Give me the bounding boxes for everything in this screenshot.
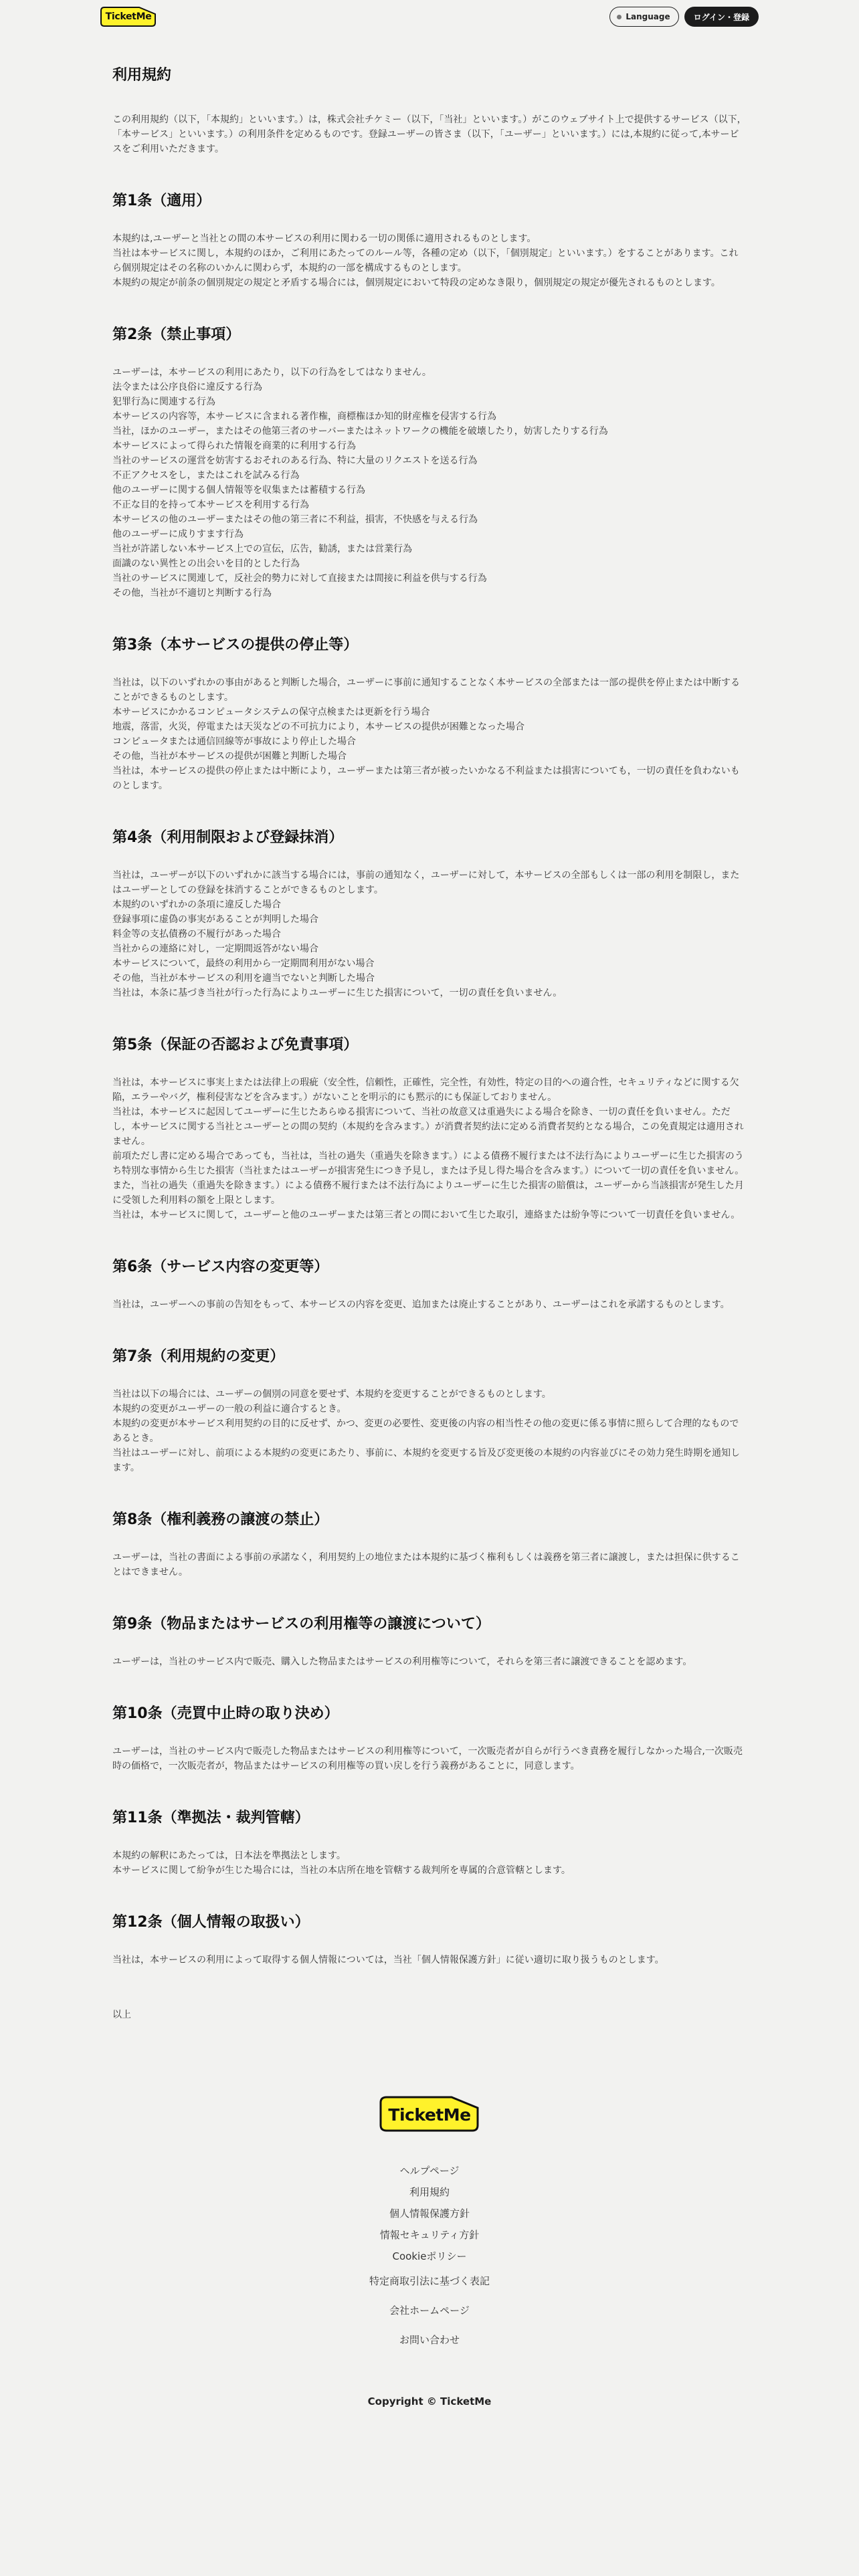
logo-text: TicketMe: [100, 7, 157, 27]
article-paragraph: 他のユーザーに成りすます行為: [112, 527, 747, 542]
article-paragraph: 犯罪行為に関連する行為: [112, 395, 747, 409]
globe-icon: [617, 15, 622, 19]
article-paragraph: 本サービスによって得られた情報を商業的に利用する行為: [112, 439, 747, 453]
article-paragraph: 本規約の解釈にあたっては，日本法を準拠法とします。: [112, 1848, 747, 1863]
article-paragraph: 当社は以下の場合には、ユーザーの個別の同意を要せず、本規約を変更することができる…: [112, 1387, 747, 1402]
article-paragraph: 当社は，本サービスの利用によって取得する個人情報については，当社「個人情報保護方…: [112, 1953, 747, 1967]
site-footer: TicketMe ヘルプページ 利用規約 個人情報保護方針 情報セキュリティ方針…: [0, 2096, 859, 2407]
article-paragraph: 登録事項に虚偽の事実があることが判明した場合: [112, 912, 747, 927]
article-paragraph: 本サービスの内容等，本サービスに含まれる著作権，商標権ほか知的財産権を侵害する行…: [112, 409, 747, 424]
article-paragraph: 本サービスについて，最終の利用から一定期間利用がない場合: [112, 956, 747, 971]
article-paragraph: 当社は，本サービスに起因してユーザーに生じたあらゆる損害について、当社の故意又は…: [112, 1105, 747, 1149]
article-paragraph: ユーザーは，本サービスの利用にあたり，以下の行為をしてはなりません。: [112, 365, 747, 380]
article-body: 本規約の解釈にあたっては，日本法を準拠法とします。本サービスに関して紛争が生じた…: [112, 1848, 747, 1878]
article-paragraph: 当社が許諾しない本サービス上での宣伝，広告，勧誘，または営業行為: [112, 542, 747, 556]
site-logo[interactable]: TicketMe: [100, 7, 157, 27]
article-body: 当社は，ユーザーが以下のいずれかに該当する場合には，事前の通知なく，ユーザーに対…: [112, 868, 747, 1000]
page-title: 利用規約: [112, 66, 747, 86]
footer-link-commercial-law[interactable]: 特定商取引法に基づく表記: [369, 2274, 490, 2288]
footer-logo[interactable]: TicketMe: [379, 2096, 480, 2132]
article-paragraph: 不正アクセスをし，またはこれを試みる行為: [112, 468, 747, 483]
article-heading: 第2条（禁止事項）: [112, 325, 747, 345]
article-paragraph: 法令または公序良俗に違反する行為: [112, 380, 747, 395]
footer-link-terms[interactable]: 利用規約: [409, 2181, 450, 2203]
article-body: 当社は以下の場合には、ユーザーの個別の同意を要せず、本規約を変更することができる…: [112, 1387, 747, 1475]
article-heading: 第4条（利用制限および登録抹消）: [112, 828, 747, 848]
footer-link-company-homepage[interactable]: 会社ホームページ: [389, 2303, 470, 2318]
article-paragraph: ユーザーは，当社の書面による事前の承諾なく，利用契約上の地位または本規約に基づく…: [112, 1550, 747, 1580]
article-body: ユーザーは，当社の書面による事前の承諾なく，利用契約上の地位または本規約に基づく…: [112, 1550, 747, 1580]
article-paragraph: 当社からの連絡に対し，一定期間返答がない場合: [112, 942, 747, 956]
article-heading: 第9条（物品またはサービスの利用権等の譲渡について）: [112, 1614, 747, 1634]
footer-link-privacy-policy[interactable]: 個人情報保護方針: [389, 2203, 470, 2224]
terms-article: 第7条（利用規約の変更）当社は以下の場合には、ユーザーの個別の同意を要せず、本規…: [112, 1347, 747, 1475]
article-paragraph: 地震，落雷，火災，停電または天災などの不可抗力により，本サービスの提供が困難とな…: [112, 720, 747, 734]
article-heading: 第11条（準拠法・裁判管轄）: [112, 1808, 747, 1828]
article-paragraph: その他，当社が不適切と判断する行為: [112, 586, 747, 601]
article-body: ユーザーは，本サービスの利用にあたり，以下の行為をしてはなりません。法令または公…: [112, 365, 747, 601]
article-heading: 第12条（個人情報の取扱い）: [112, 1913, 747, 1933]
language-label: Language: [626, 12, 670, 21]
article-heading: 第10条（売買中止時の取り決め）: [112, 1704, 747, 1724]
terms-article: 第4条（利用制限および登録抹消）当社は，ユーザーが以下のいずれかに該当する場合に…: [112, 828, 747, 1000]
terms-article: 第1条（適用）本規約は,ユーザーと当社との間の本サービスの利用に関わる一切の関係…: [112, 191, 747, 290]
terms-article: 第9条（物品またはサービスの利用権等の譲渡について）ユーザーは，当社のサービス内…: [112, 1614, 747, 1669]
article-body: 当社は，ユーザーへの事前の告知をもって、本サービスの内容を変更、追加または廃止す…: [112, 1297, 747, 1312]
terms-article: 第11条（準拠法・裁判管轄）本規約の解釈にあたっては，日本法を準拠法とします。本…: [112, 1808, 747, 1878]
article-heading: 第8条（権利義務の譲渡の禁止）: [112, 1510, 747, 1530]
language-button[interactable]: Language: [609, 7, 678, 27]
copyright: Copyright © TicketMe: [368, 2395, 492, 2407]
article-paragraph: コンピュータまたは通信回線等が事故により停止した場合: [112, 734, 747, 749]
article-heading: 第6条（サービス内容の変更等）: [112, 1257, 747, 1277]
terms-article: 第3条（本サービスの提供の停止等）当社は，以下のいずれかの事由があると判断した場…: [112, 635, 747, 793]
article-body: ユーザーは，当社のサービス内で販売、購入した物品またはサービスの利用権等について…: [112, 1654, 747, 1669]
article-body: 当社は，本サービスに事実上または法律上の瑕疵（安全性，信頼性，正確性，完全性，有…: [112, 1075, 747, 1222]
article-paragraph: 本規約の規定が前条の個別規定の規定と矛盾する場合には，個別規定において特段の定め…: [112, 276, 747, 290]
footer-link-contact[interactable]: お問い合わせ: [399, 2333, 460, 2347]
article-paragraph: 当社のサービスに関連して，反社会的勢力に対して直接または間接に利益を供与する行為: [112, 571, 747, 586]
article-heading: 第3条（本サービスの提供の停止等）: [112, 635, 747, 655]
article-heading: 第1条（適用）: [112, 191, 747, 211]
article-paragraph: 料金等の支払債務の不履行があった場合: [112, 927, 747, 942]
header-actions: Language ログイン・登録: [609, 7, 759, 27]
article-paragraph: 本規約は,ユーザーと当社との間の本サービスの利用に関わる一切の関係に適用されるも…: [112, 231, 747, 246]
article-paragraph: ユーザーは，当社のサービス内で販売した物品またはサービスの利用権等について，一次…: [112, 1744, 747, 1774]
footer-links-primary: ヘルプページ 利用規約 個人情報保護方針 情報セキュリティ方針 Cookieポリ…: [380, 2160, 480, 2267]
terms-article: 第8条（権利義務の譲渡の禁止）ユーザーは，当社の書面による事前の承諾なく，利用契…: [112, 1510, 747, 1580]
closing-text: 以上: [112, 2008, 747, 2022]
article-paragraph: 当社は，本サービスに関して，ユーザーと他のユーザーまたは第三者との間において生じ…: [112, 1208, 747, 1222]
article-paragraph: 当社は，以下のいずれかの事由があると判断した場合，ユーザーに事前に通知することな…: [112, 675, 747, 705]
article-heading: 第7条（利用規約の変更）: [112, 1347, 747, 1367]
terms-article: 第6条（サービス内容の変更等）当社は，ユーザーへの事前の告知をもって、本サービス…: [112, 1257, 747, 1312]
article-body: 当社は，本サービスの利用によって取得する個人情報については，当社「個人情報保護方…: [112, 1953, 747, 1967]
article-body: 本規約は,ユーザーと当社との間の本サービスの利用に関わる一切の関係に適用されるも…: [112, 231, 747, 290]
footer-link-cookie-policy[interactable]: Cookieポリシー: [393, 2246, 467, 2267]
article-heading: 第5条（保証の否認および免責事項）: [112, 1035, 747, 1055]
article-paragraph: その他，当社が本サービスの提供が困難と判断した場合: [112, 749, 747, 764]
terms-article: 第12条（個人情報の取扱い）当社は，本サービスの利用によって取得する個人情報につ…: [112, 1913, 747, 1967]
terms-article: 第5条（保証の否認および免責事項）当社は，本サービスに事実上または法律上の瑕疵（…: [112, 1035, 747, 1222]
article-paragraph: 面識のない異性との出会いを目的とした行為: [112, 556, 747, 571]
article-paragraph: 当社は，本条に基づき当社が行った行為によりユーザーに生じた損害について，一切の責…: [112, 986, 747, 1000]
article-paragraph: 本規約の変更がユーザーの一般の利益に適合するとき。: [112, 1402, 747, 1416]
article-paragraph: 本サービスに関して紛争が生じた場合には，当社の本店所在地を管轄する裁判所を専属的…: [112, 1863, 747, 1878]
article-body: 当社は，以下のいずれかの事由があると判断した場合，ユーザーに事前に通知することな…: [112, 675, 747, 793]
footer-link-help[interactable]: ヘルプページ: [399, 2160, 459, 2181]
article-paragraph: 本サービスの他のユーザーまたはその他の第三者に不利益，損害，不快感を与える行為: [112, 512, 747, 527]
article-paragraph: 当社は，ユーザーへの事前の告知をもって、本サービスの内容を変更、追加または廃止す…: [112, 1297, 747, 1312]
article-paragraph: 本サービスにかかるコンピュータシステムの保守点検または更新を行う場合: [112, 705, 747, 720]
terms-content: 利用規約 この利用規約（以下，「本規約」といいます。）は，株式会社チケミー（以下…: [0, 66, 859, 2022]
article-paragraph: 当社は，本サービスに事実上または法律上の瑕疵（安全性，信頼性，正確性，完全性，有…: [112, 1075, 747, 1105]
article-paragraph: 当社はユーザーに対し、前項による本規約の変更にあたり、事前に、本規約を変更する旨…: [112, 1446, 747, 1475]
article-paragraph: 当社は本サービスに関し，本規約のほか，ご利用にあたってのルール等，各種の定め（以…: [112, 246, 747, 276]
article-body: ユーザーは，当社のサービス内で販売した物品またはサービスの利用権等について，一次…: [112, 1744, 747, 1774]
article-paragraph: 前項ただし書に定める場合であっても，当社は，当社の過失（重過失を除きます。）によ…: [112, 1149, 747, 1208]
article-paragraph: 当社，ほかのユーザー，またはその他第三者のサーバーまたはネットワークの機能を破壊…: [112, 424, 747, 439]
intro-paragraph: この利用規約（以下，「本規約」といいます。）は，株式会社チケミー（以下，「当社」…: [112, 112, 747, 156]
article-paragraph: 当社は，本サービスの提供の停止または中断により，ユーザーまたは第三者が被ったいか…: [112, 764, 747, 793]
article-paragraph: 他のユーザーに関する個人情報等を収集または蓄積する行為: [112, 483, 747, 498]
footer-logo-text: TicketMe: [379, 2096, 480, 2132]
terms-article: 第2条（禁止事項）ユーザーは，本サービスの利用にあたり，以下の行為をしてはなりま…: [112, 325, 747, 601]
terms-sections: 第1条（適用）本規約は,ユーザーと当社との間の本サービスの利用に関わる一切の関係…: [112, 191, 747, 1967]
article-paragraph: 当社は，ユーザーが以下のいずれかに該当する場合には，事前の通知なく，ユーザーに対…: [112, 868, 747, 897]
article-paragraph: 本規約のいずれかの条項に違反した場合: [112, 897, 747, 912]
article-paragraph: 本規約の変更が本サービス利用契約の目的に反せず、かつ、変更の必要性、変更後の内容…: [112, 1416, 747, 1446]
article-paragraph: 当社のサービスの運営を妨害するおそれのある行為、特に大量のリクエストを送る行為: [112, 453, 747, 468]
terms-article: 第10条（売買中止時の取り決め）ユーザーは，当社のサービス内で販売した物品または…: [112, 1704, 747, 1774]
article-paragraph: 不正な目的を持って本サービスを利用する行為: [112, 498, 747, 512]
article-paragraph: その他，当社が本サービスの利用を適当でないと判断した場合: [112, 971, 747, 986]
login-register-button[interactable]: ログイン・登録: [684, 7, 759, 27]
article-paragraph: ユーザーは，当社のサービス内で販売、購入した物品またはサービスの利用権等について…: [112, 1654, 747, 1669]
footer-links-secondary: 特定商取引法に基づく表記 会社ホームページ お問い合わせ: [369, 2274, 490, 2362]
site-header: TicketMe Language ログイン・登録: [0, 0, 859, 31]
footer-link-security-policy[interactable]: 情報セキュリティ方針: [380, 2224, 480, 2246]
